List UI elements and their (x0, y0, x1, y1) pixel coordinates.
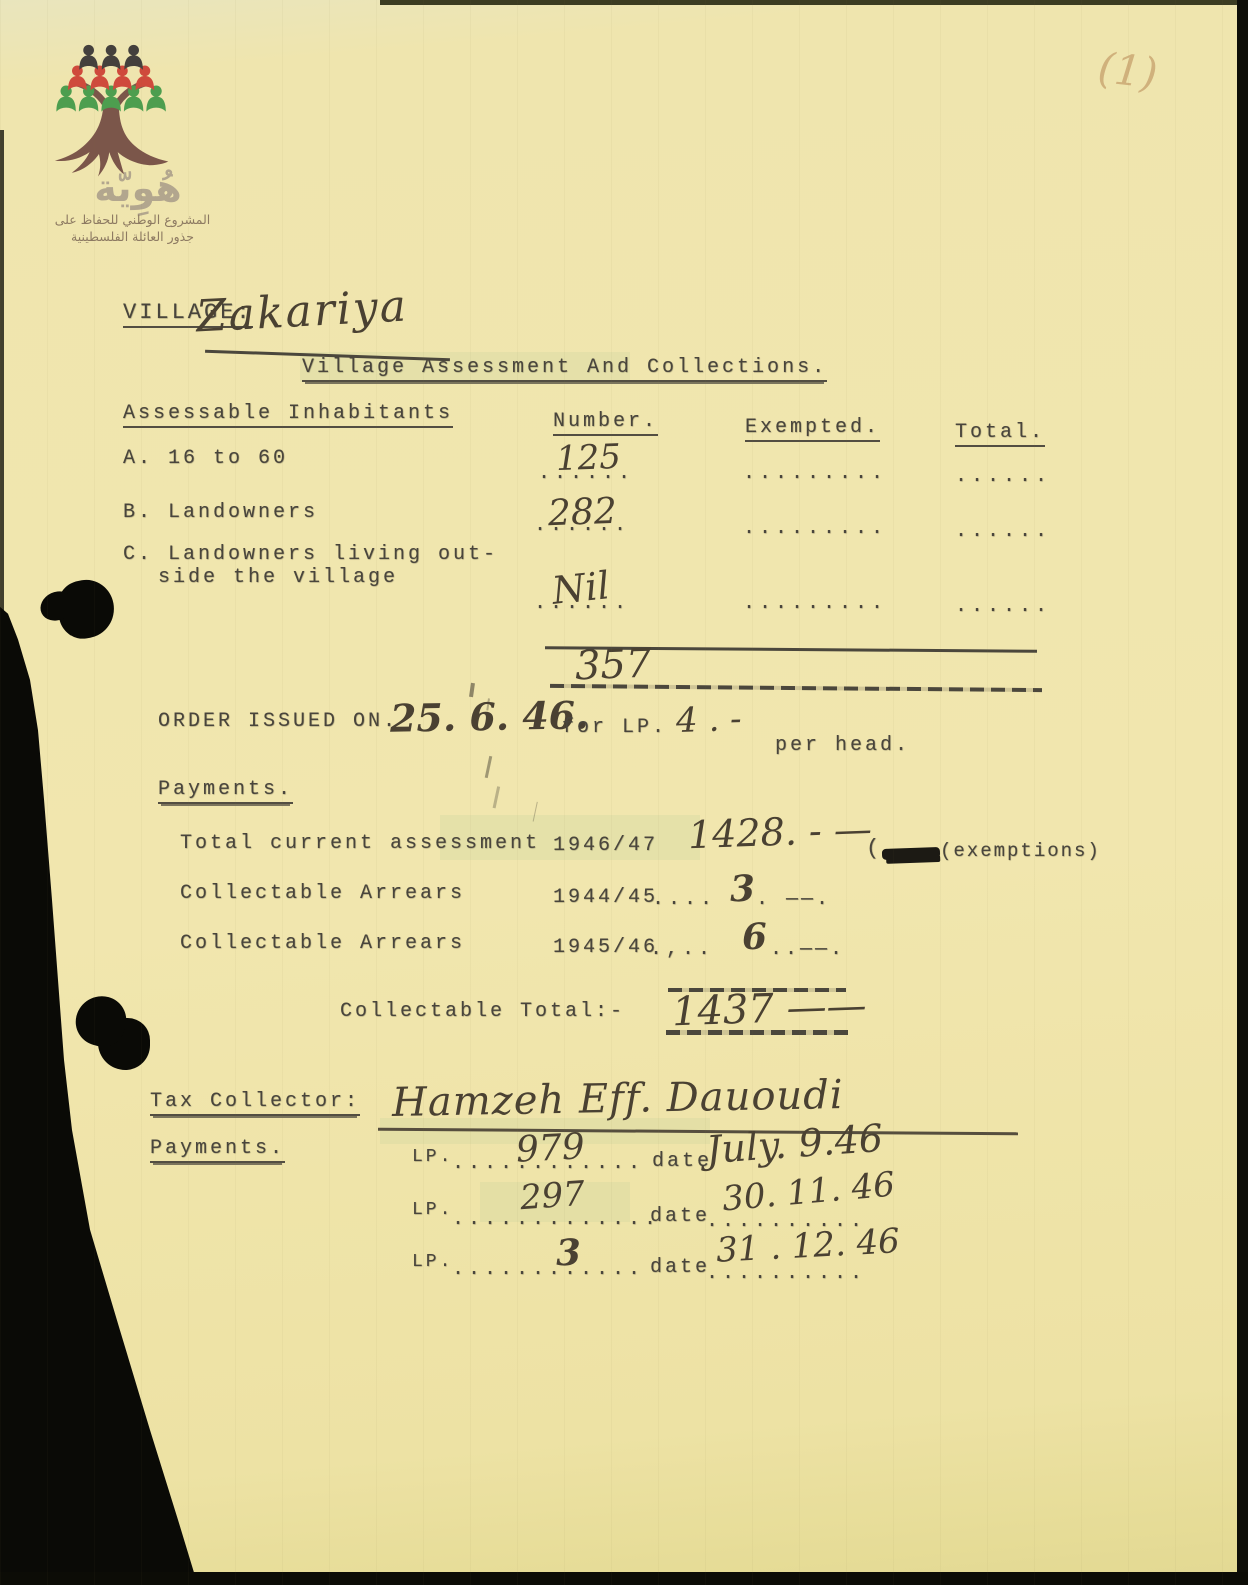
assessment-amount-handwritten: 6 (741, 916, 768, 959)
rule-below-total (550, 684, 1042, 692)
column-header-exempted: Exempted. (745, 416, 880, 442)
village-name-handwritten: Zakariya (195, 280, 409, 342)
column-header-total: Total. (955, 421, 1045, 447)
order-per-head-label: per head. (775, 734, 910, 757)
scan-edge-left (0, 130, 4, 630)
assessment-amount-handwritten: 1428. - — (687, 807, 872, 857)
ink-smudge (485, 756, 493, 778)
scan-edge-right (1237, 0, 1248, 1585)
payments-heading: Payments. (158, 778, 293, 804)
assessment-row-year: 1945/46 (553, 936, 658, 959)
scribble-redaction (882, 847, 940, 860)
table-row-total-dots: ...... (955, 465, 1051, 488)
logo-org-line1: المشروع الوطني للحفاظ على (20, 212, 245, 227)
table-row-number-handwritten: 125 (555, 437, 621, 479)
scanned-document-page: هُوِيّة المشروع الوطني للحفاظ على جذور ا… (0, 0, 1248, 1585)
order-rate-handwritten: 4 . - (675, 699, 742, 741)
payment-date-label: date (652, 1150, 712, 1173)
archive-tree-logo (38, 34, 188, 184)
payments-heading-lower: Payments. (150, 1137, 285, 1163)
form-title: Village Assessment And Collections. (302, 356, 827, 382)
payment-date-handwritten: July. 9.46 (705, 1116, 885, 1172)
table-row-number-handwritten: Nil (550, 563, 612, 613)
assessment-dots: .... (652, 888, 716, 911)
order-issued-label: ORDER ISSUED ON. (158, 710, 398, 733)
payment-amount-handwritten: 979 (515, 1126, 586, 1171)
table-row-label: B. Landowners (123, 501, 318, 524)
payment-lp-label: LP. (412, 1147, 453, 1167)
tree-people-dark (79, 45, 143, 70)
assessment-row-year: 1944/45 (553, 886, 658, 909)
order-date-handwritten: 25. 6. 46. (390, 692, 589, 740)
inhabitants-total-handwritten: 357 (574, 641, 652, 690)
table-row-number-handwritten: 282 (547, 491, 617, 534)
assessment-row-year: 1946/47 (553, 834, 658, 857)
table-row-label-line2: side the village (158, 566, 398, 589)
payment-date-label: date (650, 1256, 710, 1279)
column-header-inhabitants: Assessable Inhabitants (123, 402, 453, 428)
table-row-label: C. Landowners living out- (123, 543, 498, 566)
assessment-row-label: Collectable Arrears (180, 932, 465, 955)
scan-edge-bottom (0, 1572, 1248, 1585)
table-row-label: A. 16 to 60 (123, 447, 288, 470)
tax-collector-label: Tax Collector: (150, 1090, 360, 1116)
order-for-label: for LP. (562, 716, 667, 739)
logo-org-line2: جذور العائلة الفلسطينية (20, 229, 245, 244)
table-row-exempted-dots: ......... (743, 517, 887, 540)
assessment-amount-handwritten: 3 (729, 868, 756, 911)
payment-lp-label: LP. (412, 1200, 453, 1220)
assessment-dots-after: ..——. (770, 938, 845, 961)
rule-below-collectable-total (666, 1030, 848, 1035)
exemptions-note: (exemptions) (940, 840, 1101, 862)
payment-date-label: date (650, 1205, 710, 1228)
table-row-exempted-dots: ......... (743, 592, 887, 615)
scan-edge-top (380, 0, 1248, 5)
payment-amount-handwritten: 3 (555, 1232, 582, 1275)
collectable-total-handwritten: 1437 —— (671, 983, 867, 1036)
exemptions-note-open-paren: ( (866, 836, 882, 861)
assessment-row-label: Total current assessment (180, 832, 540, 855)
assessment-row-label: Collectable Arrears (180, 882, 465, 905)
payment-date-handwritten: 31 . 12. 46 (715, 1221, 901, 1271)
assessment-dots-after: . ——. (756, 888, 831, 911)
payment-date-handwritten: 30. 11. 46 (721, 1165, 897, 1220)
assessment-dots: .,.. (650, 938, 714, 961)
handwritten-page-number: (1) (1096, 43, 1160, 98)
collectable-total-label: Collectable Total:- (340, 1000, 625, 1023)
table-row-total-dots: ...... (955, 595, 1051, 618)
logo-calligraphy: هُوِيّة (58, 166, 218, 210)
payment-lp-label: LP. (412, 1252, 453, 1272)
table-row-total-dots: ...... (955, 520, 1051, 543)
table-row-exempted-dots: ......... (743, 462, 887, 485)
tax-collector-name-underline (378, 1128, 1018, 1135)
column-header-number: Number. (553, 410, 658, 436)
tax-collector-name-handwritten: Hamzeh Eff. Dauoudi (392, 1072, 844, 1126)
payment-amount-dots: ............ (452, 1258, 644, 1281)
payment-amount-handwritten: 297 (519, 1174, 587, 1218)
